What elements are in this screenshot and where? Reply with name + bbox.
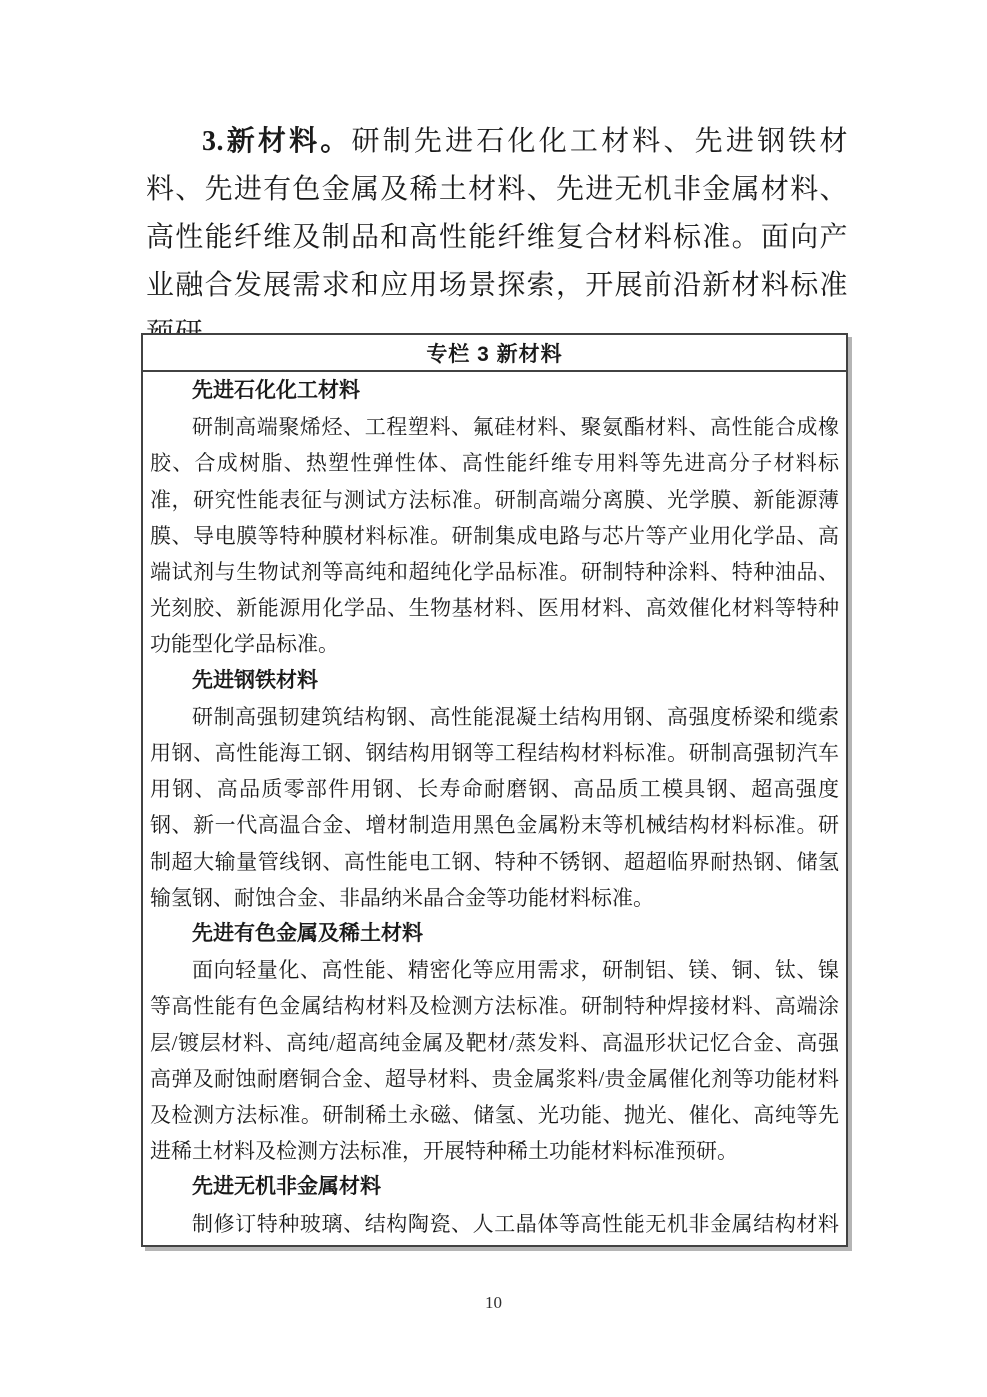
section-inorganic-nonmetal: 先进无机非金属材料 制修订特种玻璃、结构陶瓷、人工晶体等高性能无机非金属结构材料… [150, 1169, 839, 1247]
document-page: 3.新材料。研制先进石化化工材料、先进钢铁材料、先进有色金属及稀土材料、先进无机… [0, 0, 987, 1397]
section-paragraph: 面向轻量化、高性能、精密化等应用需求，研制铝、镁、铜、钛、镍等高性能有色金属结构… [150, 952, 839, 1169]
section-steel: 先进钢铁材料 研制高强韧建筑结构钢、高性能混凝土结构用钢、高强度桥梁和缆索用钢、… [150, 663, 839, 916]
page-number: 10 [0, 1293, 987, 1313]
section-petrochemical: 先进石化化工材料 研制高端聚烯烃、工程塑料、氟硅材料、聚氨酯材料、高性能合成橡胶… [150, 373, 839, 663]
section-heading: 先进无机非金属材料 [150, 1169, 839, 1205]
section-heading: 先进钢铁材料 [150, 663, 839, 699]
column-box-title: 专栏 3 新材料 [143, 335, 846, 372]
intro-body-text: 研制先进石化化工材料、先进钢铁材料、先进有色金属及稀土材料、先进无机非金属材料、… [146, 126, 848, 349]
intro-lead-text: 3.新材料。 [202, 126, 352, 157]
intro-paragraph: 3.新材料。研制先进石化化工材料、先进钢铁材料、先进有色金属及稀土材料、先进无机… [146, 118, 848, 358]
section-paragraph: 研制高端聚烯烃、工程塑料、氟硅材料、聚氨酯材料、高性能合成橡胶、合成树脂、热塑性… [150, 409, 839, 662]
section-heading: 先进石化化工材料 [150, 373, 839, 409]
section-paragraph: 制修订特种玻璃、结构陶瓷、人工晶体等高性能无机非金属结构材料及检测方法标准。制修… [150, 1206, 839, 1247]
column-box-body: 先进石化化工材料 研制高端聚烯烃、工程塑料、氟硅材料、聚氨酯材料、高性能合成橡胶… [143, 372, 846, 1247]
section-heading: 先进有色金属及稀土材料 [150, 916, 839, 952]
section-paragraph: 研制高强韧建筑结构钢、高性能混凝土结构用钢、高强度桥梁和缆索用钢、高性能海工钢、… [150, 699, 839, 916]
column-box: 专栏 3 新材料 先进石化化工材料 研制高端聚烯烃、工程塑料、氟硅材料、聚氨酯材… [141, 333, 848, 1247]
section-nonferrous-rare-earth: 先进有色金属及稀土材料 面向轻量化、高性能、精密化等应用需求，研制铝、镁、铜、钛… [150, 916, 839, 1169]
